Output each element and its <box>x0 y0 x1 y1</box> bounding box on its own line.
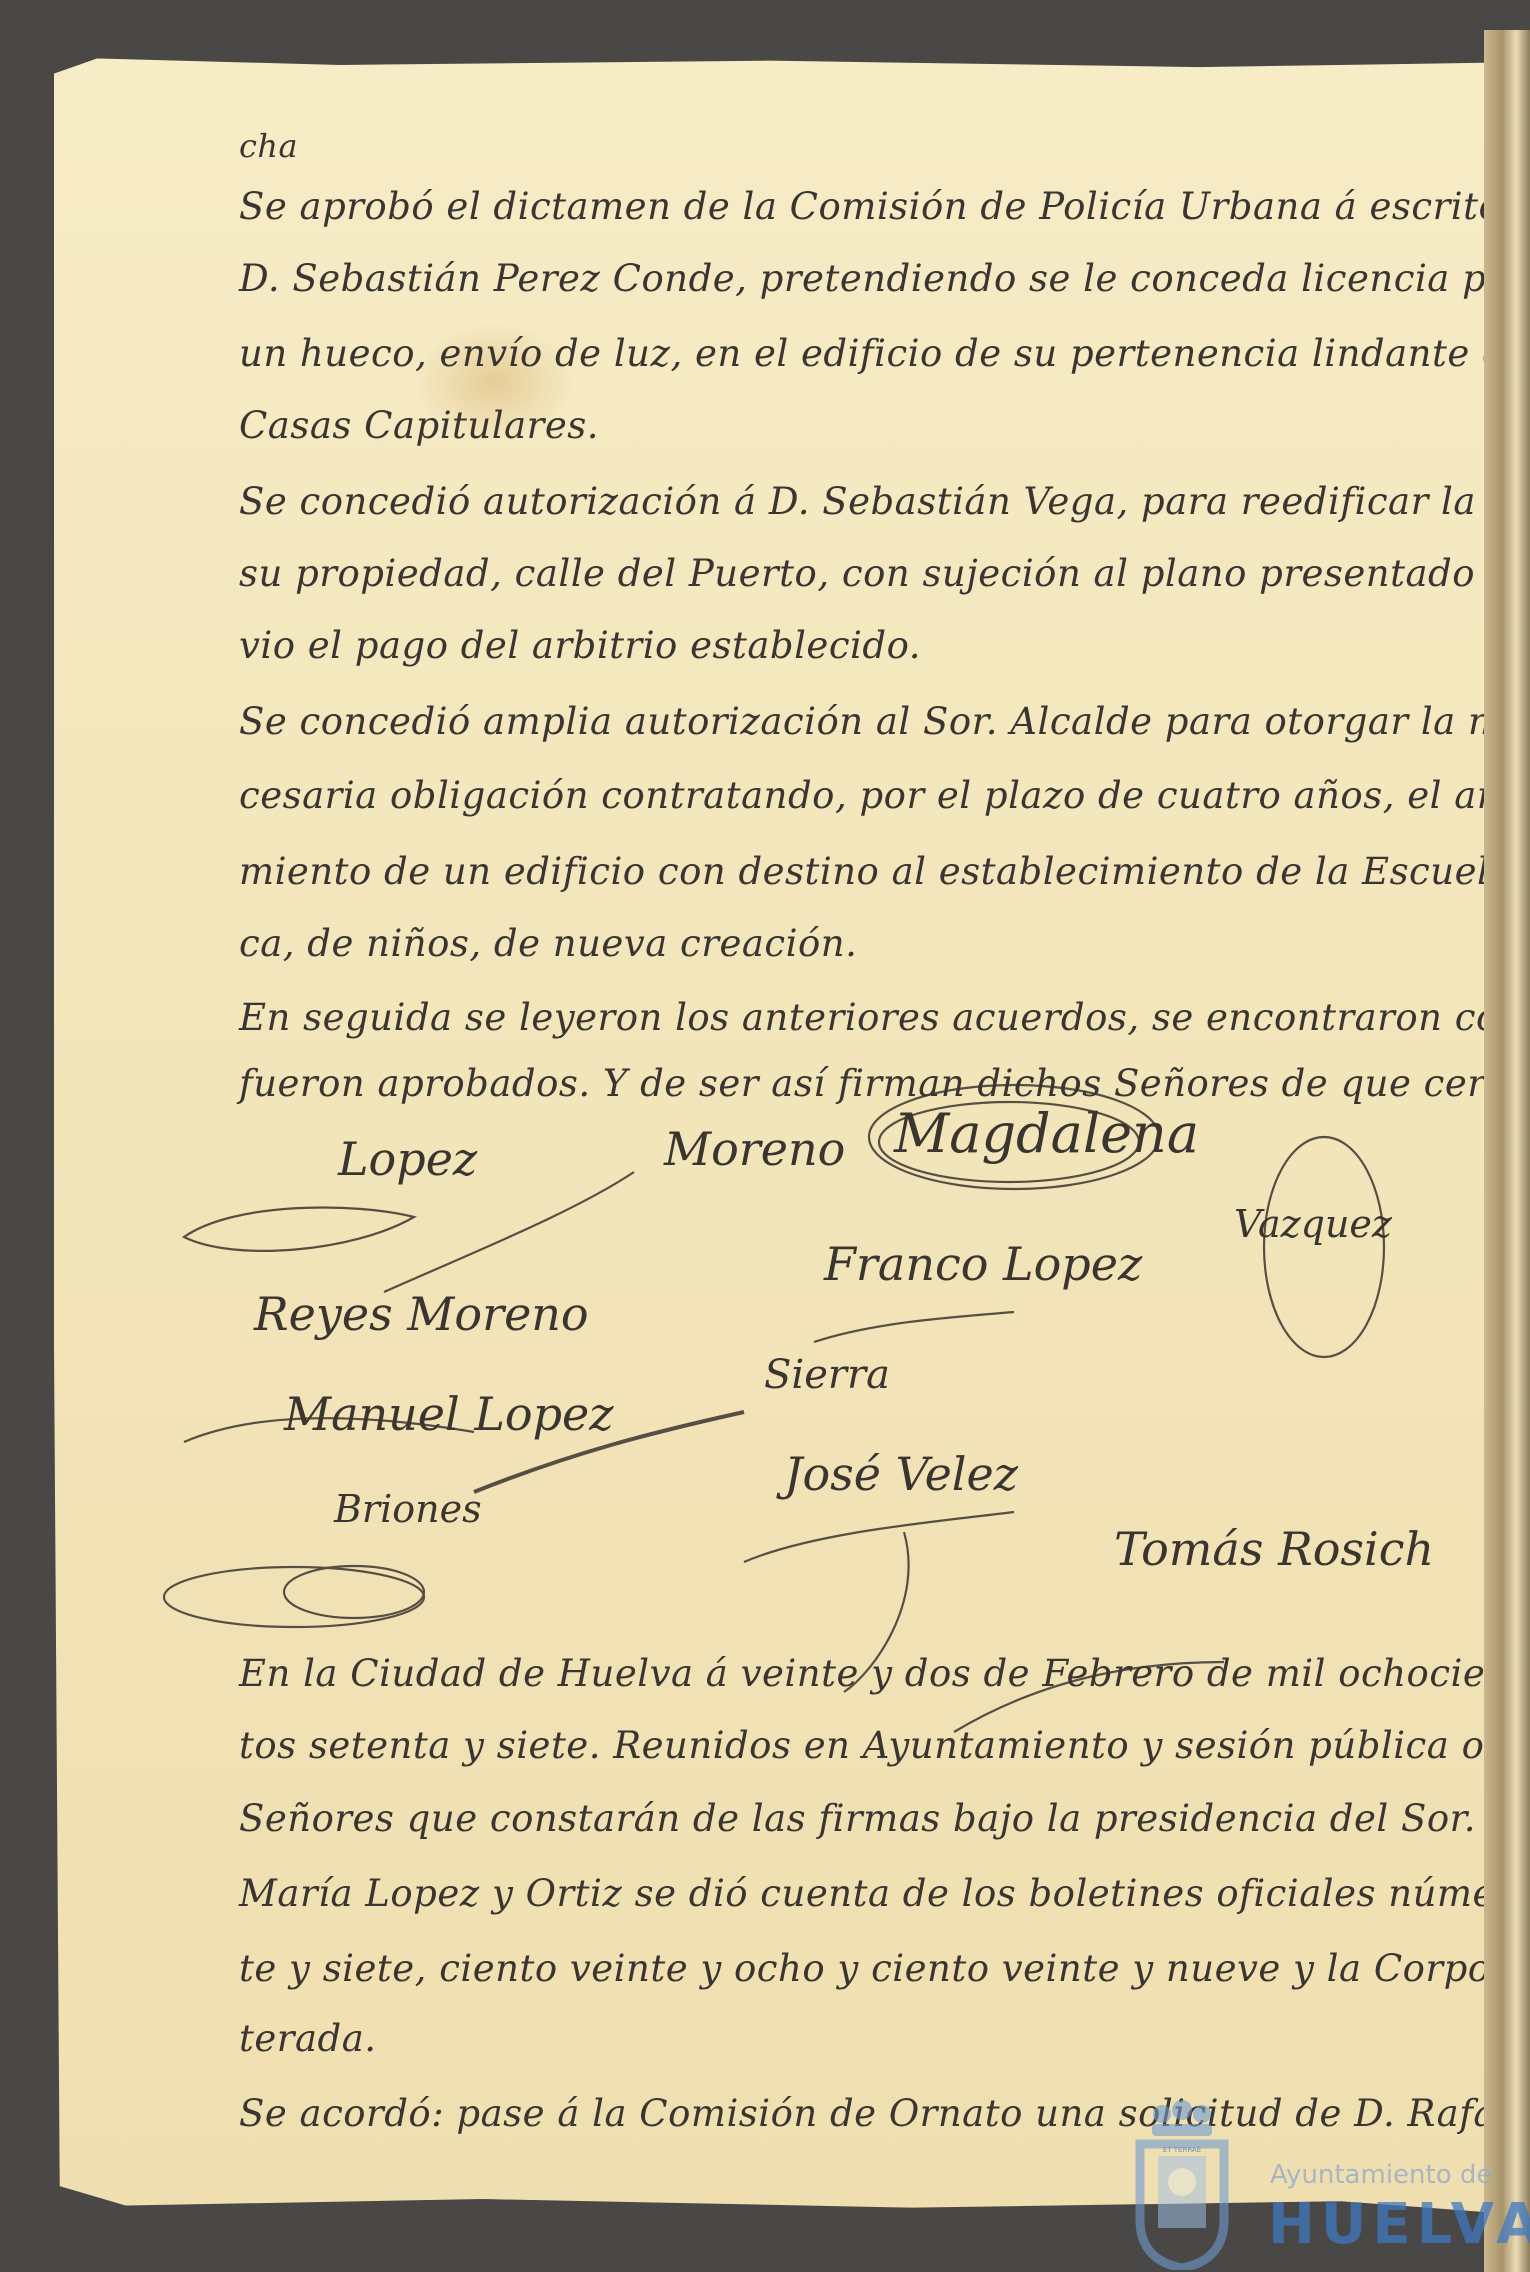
text-line: tos setenta y siete. Reunidos en Ayuntam… <box>239 1724 1530 1767</box>
book-gutter <box>1484 30 1530 2272</box>
svg-text:ET TERRAE: ET TERRAE <box>1163 2146 1201 2154</box>
watermark-title: HUELVA <box>1268 2192 1530 2257</box>
watermark-subtitle: Ayuntamiento de <box>1270 2160 1492 2190</box>
text-line: En la Ciudad de Huelva á veinte y dos de… <box>239 1652 1523 1695</box>
text-line: terada. <box>239 2017 377 2060</box>
text-line: Señores que constarán de las firmas bajo… <box>239 1797 1530 1840</box>
text-line: te y siete, ciento veinte y ocho y cient… <box>239 1947 1530 1990</box>
huelva-shield-icon: ET TERRAE <box>1132 2100 1232 2270</box>
text-line: María Lopez y Ortiz se dió cuenta de los… <box>239 1872 1530 1915</box>
manuscript-page: cha Se aprobó el dictamen de la Comisión… <box>54 52 1484 2212</box>
ayuntamiento-watermark: ET TERRAE Ayuntamiento de HUELVA <box>1118 2100 1528 2272</box>
